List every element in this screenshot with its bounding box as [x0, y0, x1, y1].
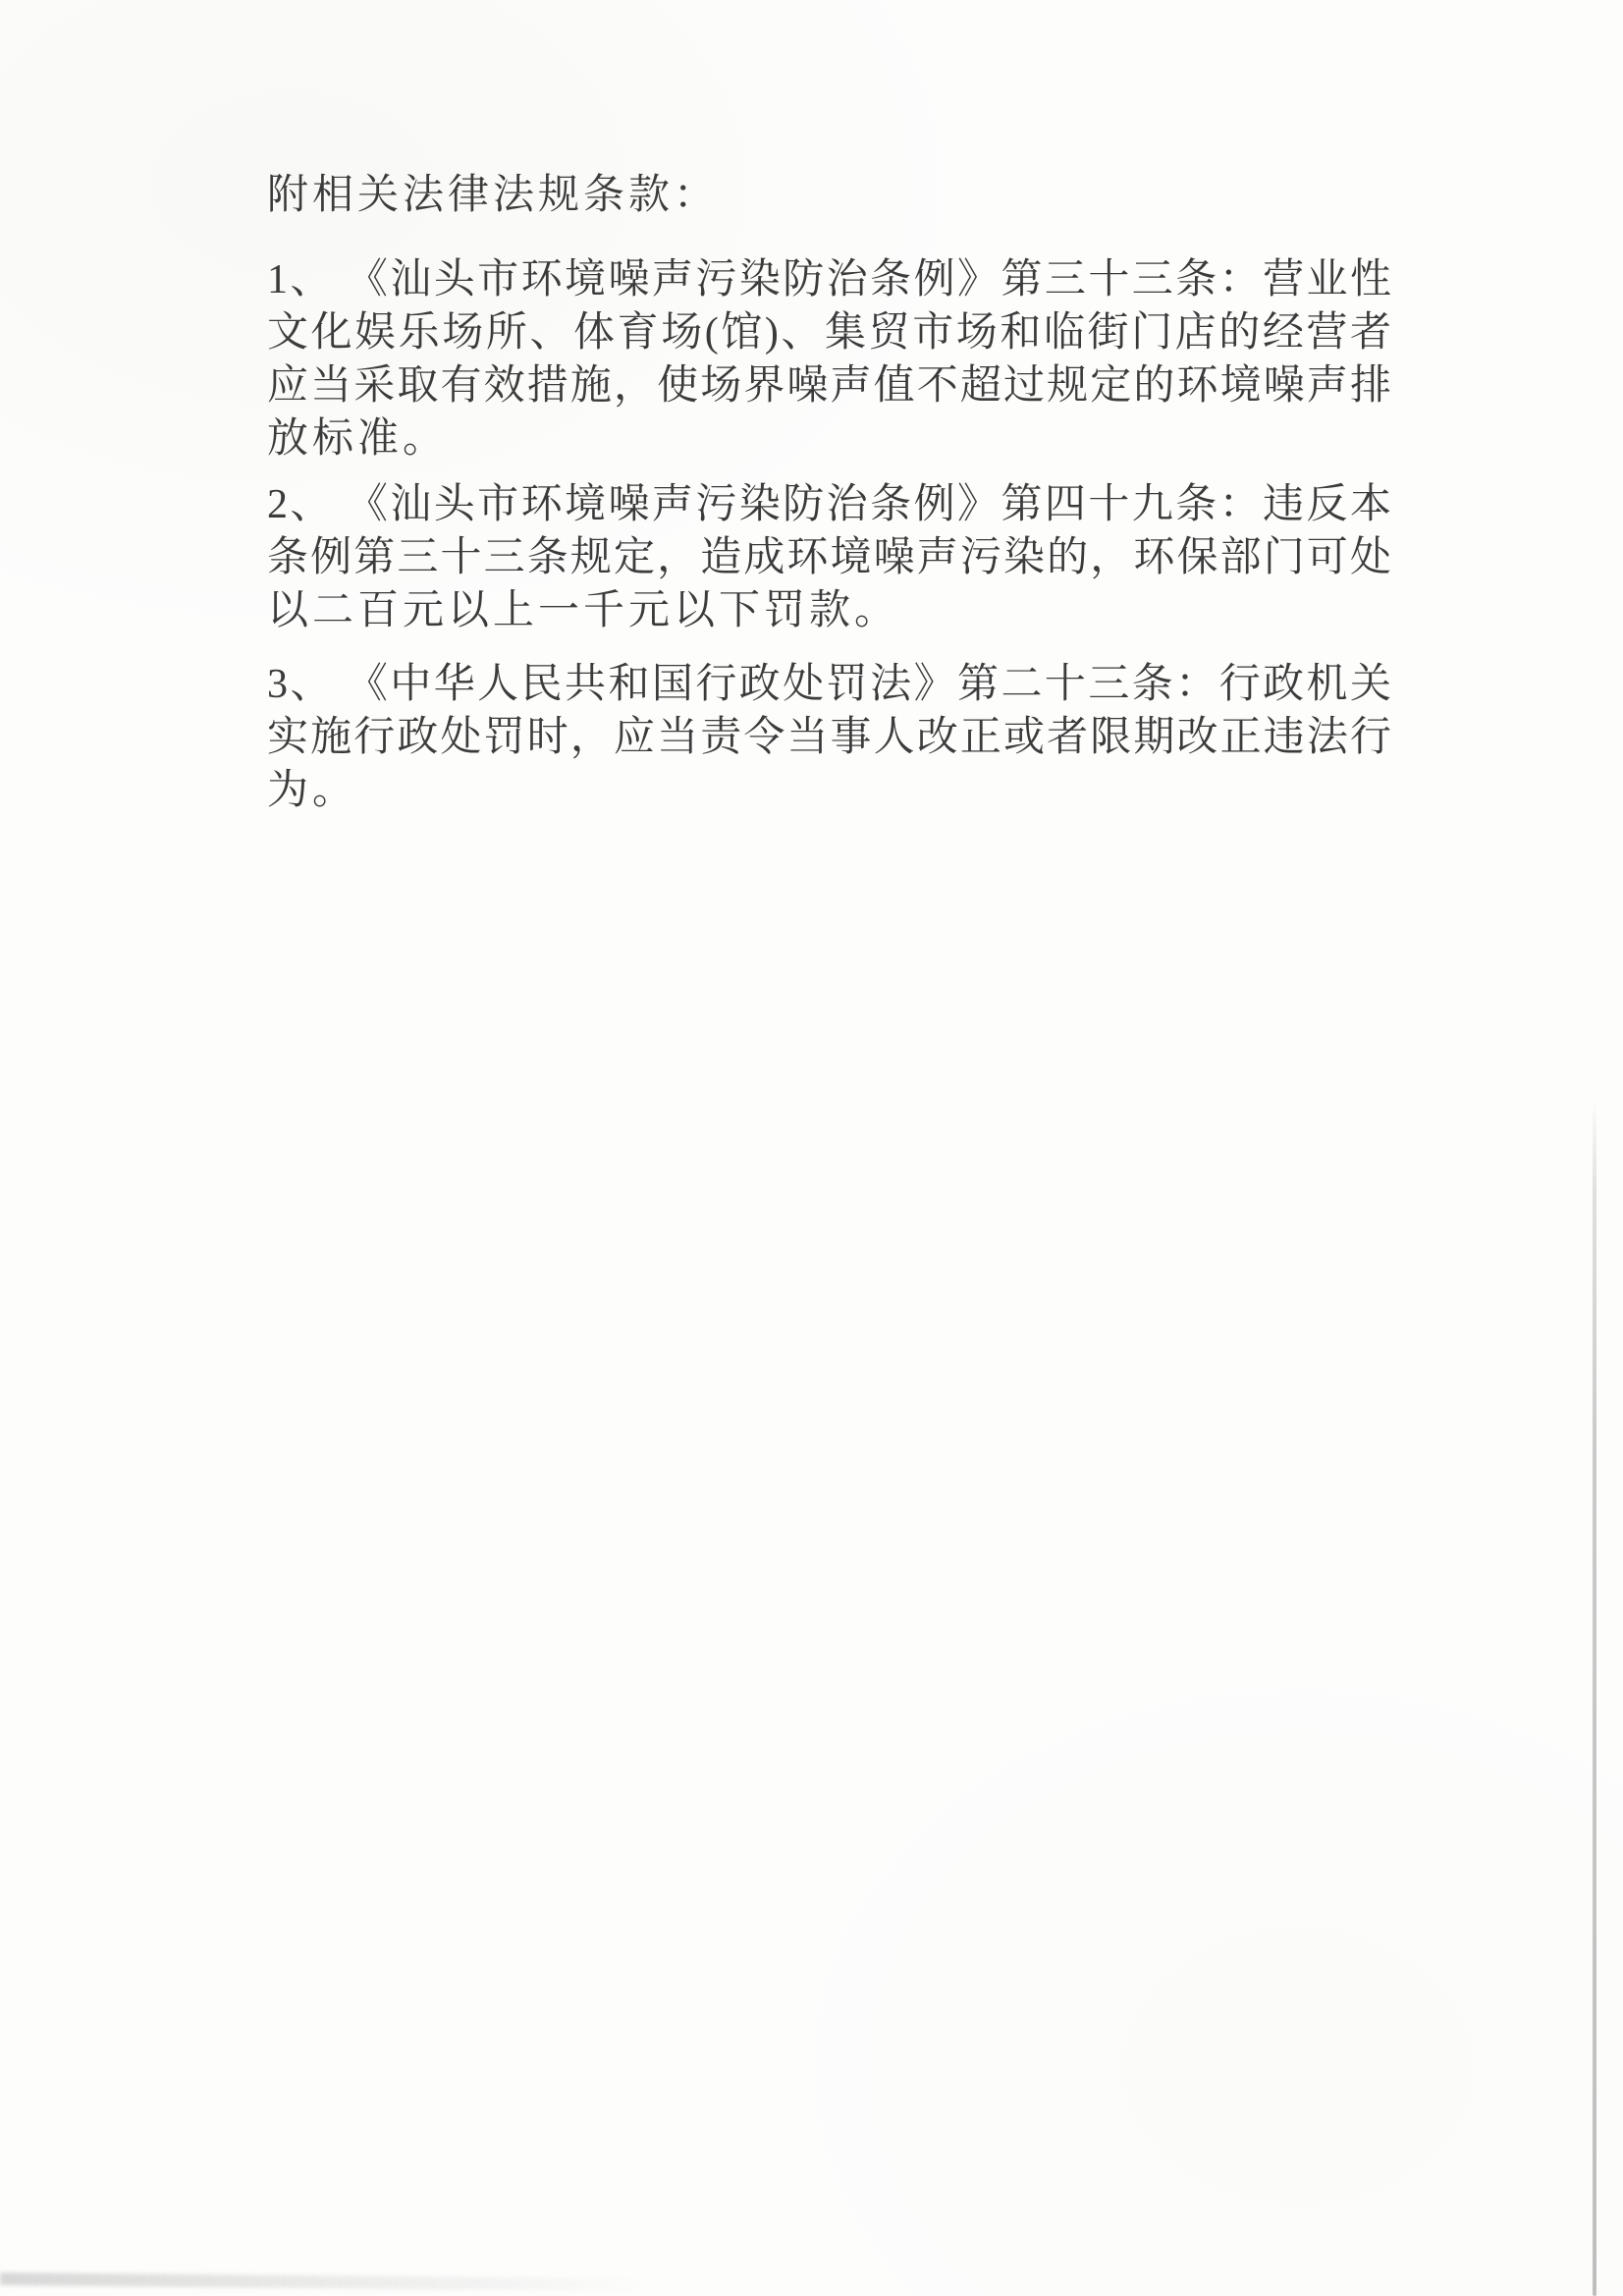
scan-artifact-vertical-line: [1593, 1098, 1596, 2296]
clause-2-line-1: 2、 《汕头市环境噪声污染防治条例》第四十九条：违反本: [267, 478, 1392, 531]
clause-3-line-2: 实施行政处罚时，应当责令当事人改正或者限期改正违法行: [267, 711, 1392, 764]
clause-1-line-4: 放标准。: [267, 412, 1392, 465]
clause-1-line-2: 文化娱乐场所、体育场(馆)、集贸市场和临街门店的经营者: [267, 306, 1392, 359]
clause-2-line-2: 条例第三十三条规定，造成环境噪声污染的，环保部门可处: [267, 531, 1392, 584]
scan-artifact-bottom-smudge: [0, 2272, 643, 2291]
legal-clause-3: 3、 《中华人民共和国行政处罚法》第二十三条：行政机关 实施行政处罚时，应当责令…: [267, 658, 1392, 817]
clause-1-line-1: 1、 《汕头市环境噪声污染防治条例》第三十三条：营业性: [267, 253, 1392, 306]
clause-3-line-3: 为。: [267, 764, 1392, 817]
legal-clause-1: 1、 《汕头市环境噪声污染防治条例》第三十三条：营业性 文化娱乐场所、体育场(馆…: [267, 253, 1392, 465]
clause-3-line-1: 3、 《中华人民共和国行政处罚法》第二十三条：行政机关: [267, 658, 1392, 711]
attachment-clauses-heading: 附相关法律法规条款：: [267, 169, 1392, 222]
legal-clause-2: 2、 《汕头市环境噪声污染防治条例》第四十九条：违反本 条例第三十三条规定，造成…: [267, 478, 1392, 637]
scanned-document-page: 附相关法律法规条款： 1、 《汕头市环境噪声污染防治条例》第三十三条：营业性 文…: [0, 0, 1623, 2296]
clause-2-line-3: 以二百元以上一千元以下罚款。: [267, 584, 1392, 637]
clause-1-line-3: 应当采取有效措施，使场界噪声值不超过规定的环境噪声排: [267, 359, 1392, 412]
